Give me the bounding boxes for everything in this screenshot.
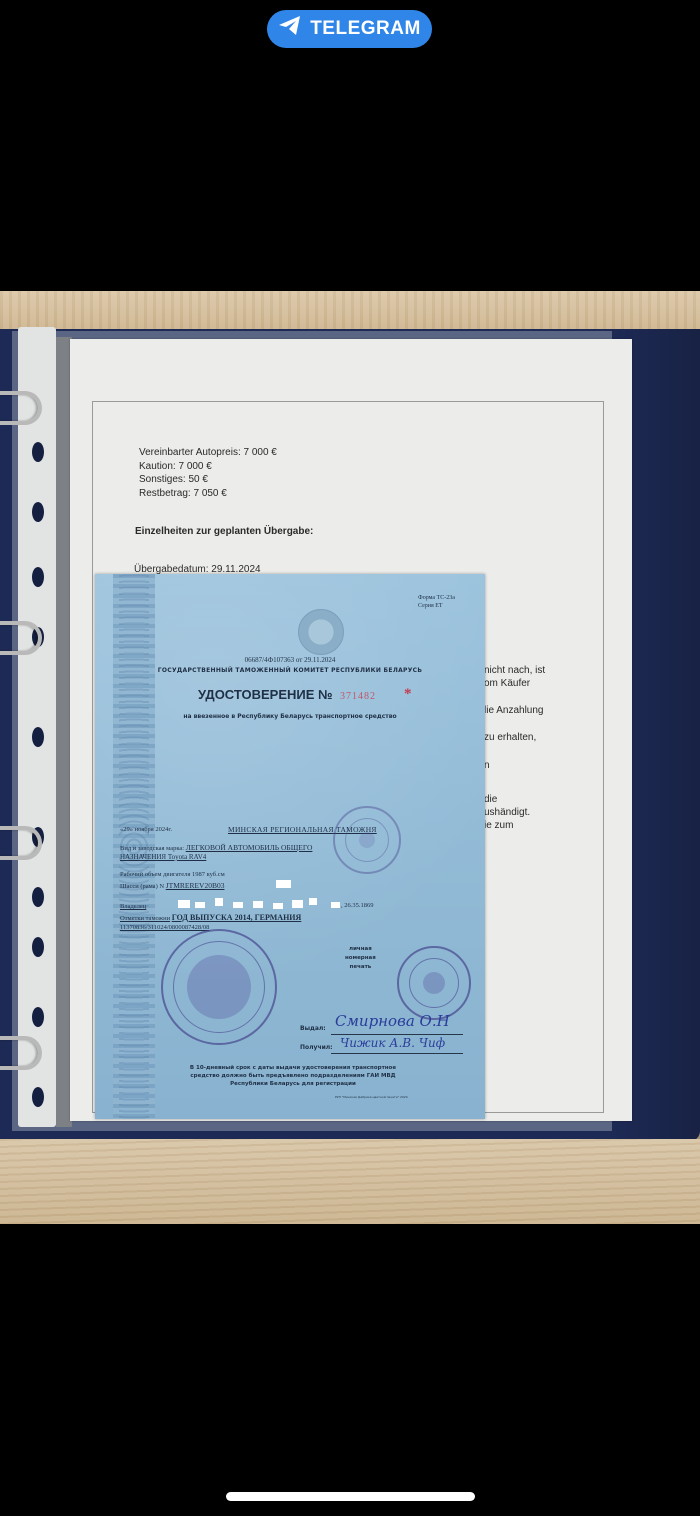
received-signature: Чижик А.В. Чиф [340, 1036, 445, 1050]
punch-hole [32, 502, 44, 522]
punch-hole [32, 567, 44, 587]
issued-label: Выдал: [300, 1025, 326, 1032]
regional-customs-stamp [161, 929, 277, 1045]
certificate-subtitle: на ввезенное в Республику Беларусь транс… [95, 713, 485, 720]
redaction-box [331, 902, 340, 908]
redaction-box [253, 901, 263, 908]
received-label: Получил: [300, 1044, 333, 1051]
binder-ring [0, 621, 42, 655]
redaction-box [276, 880, 291, 888]
telegram-paper-plane-icon [278, 15, 302, 43]
owner-label: Владелец [120, 903, 146, 910]
chassis-label: Шасси (рама) N [120, 883, 164, 890]
binder-ring [0, 826, 42, 860]
chassis-number: JTMREREV20B03 [166, 881, 225, 890]
sleeve-punched-strip [18, 327, 56, 1127]
customs-marks-label: Отметки таможни [120, 915, 170, 922]
issued-signature: Смирнова О.Н [335, 1012, 450, 1030]
wooden-table-bottom [0, 1139, 700, 1224]
issuing-authority: ГОСУДАРСТВЕННЫЙ ТАМОЖЕННЫЙ КОМИТЕТ РЕСПУ… [95, 667, 485, 674]
punch-hole [32, 1087, 44, 1107]
redaction-box [195, 902, 205, 908]
home-indicator[interactable] [226, 1492, 475, 1501]
punch-hole [32, 937, 44, 957]
issue-date: «29» ноября 2024г. [120, 826, 172, 833]
red-asterisk: * [404, 686, 412, 703]
vehicle-type-value: ЛЕГКОВОЙ АВТОМОБИЛЬ ОБЩЕГО [186, 843, 313, 852]
customs-marks-value: ГОД ВЫПУСКА 2014, ГЕРМАНИЯ [172, 913, 302, 922]
redaction-box [273, 903, 283, 909]
printer-note: РУП "Минская фабрика цветной печати" 202… [335, 1095, 408, 1099]
customs-round-stamp [333, 806, 401, 874]
handover-heading: Einzelheiten zur geplanten Übergabe: [135, 526, 313, 537]
vehicle-type-label: Вид и заводская марка: [120, 845, 184, 852]
telegram-badge[interactable]: TELEGRAM [267, 10, 432, 48]
certificate-number: 371482 [340, 691, 376, 702]
price-list: Vereinbarter Autopreis: 7 000 € Kaution:… [139, 446, 277, 500]
declaration-number: 11370836/311024/0800087428/08 [120, 924, 209, 931]
redaction-box [178, 900, 190, 908]
certificate-title: УДОСТОВЕРЕНИЕ № [198, 687, 333, 702]
binder-ring [0, 1036, 42, 1070]
form-label: Форма ТС-23а [418, 594, 455, 602]
registration-footer-note: В 10-дневный срок с даты выдачи удостове… [183, 1064, 403, 1088]
binder-ring [0, 391, 42, 425]
belarus-emblem-icon [298, 609, 344, 655]
telegram-badge-label: TELEGRAM [310, 18, 421, 40]
engine-volume: Рабочий объем двигателя 1987 куб.см [120, 871, 225, 878]
punch-hole [32, 727, 44, 747]
redaction-box [309, 898, 317, 905]
vehicle-model: НАЗНАЧЕНИЯ Toyota RAV4 [120, 853, 206, 861]
series-label: Серия ЕТ [418, 602, 455, 610]
redaction-box [215, 898, 223, 906]
document-photo: Vereinbarter Autopreis: 7 000 € Kaution:… [0, 291, 700, 1224]
wooden-table-top [0, 291, 700, 333]
redaction-box [292, 900, 303, 908]
personal-seal-caption: личная номерная печать [345, 945, 376, 972]
punch-hole [32, 442, 44, 462]
punch-hole [32, 887, 44, 907]
customs-certificate: Форма ТС-23а Серия ЕТ 06687/4Ф107363 от … [95, 574, 485, 1119]
owner-tail: , 26.35.1869 [341, 902, 374, 909]
punch-hole [32, 1007, 44, 1027]
certificate-reference: 06687/4Ф107363 от 29.11.2024 [95, 656, 485, 664]
personal-number-stamp [397, 946, 471, 1020]
redaction-box [233, 902, 243, 908]
